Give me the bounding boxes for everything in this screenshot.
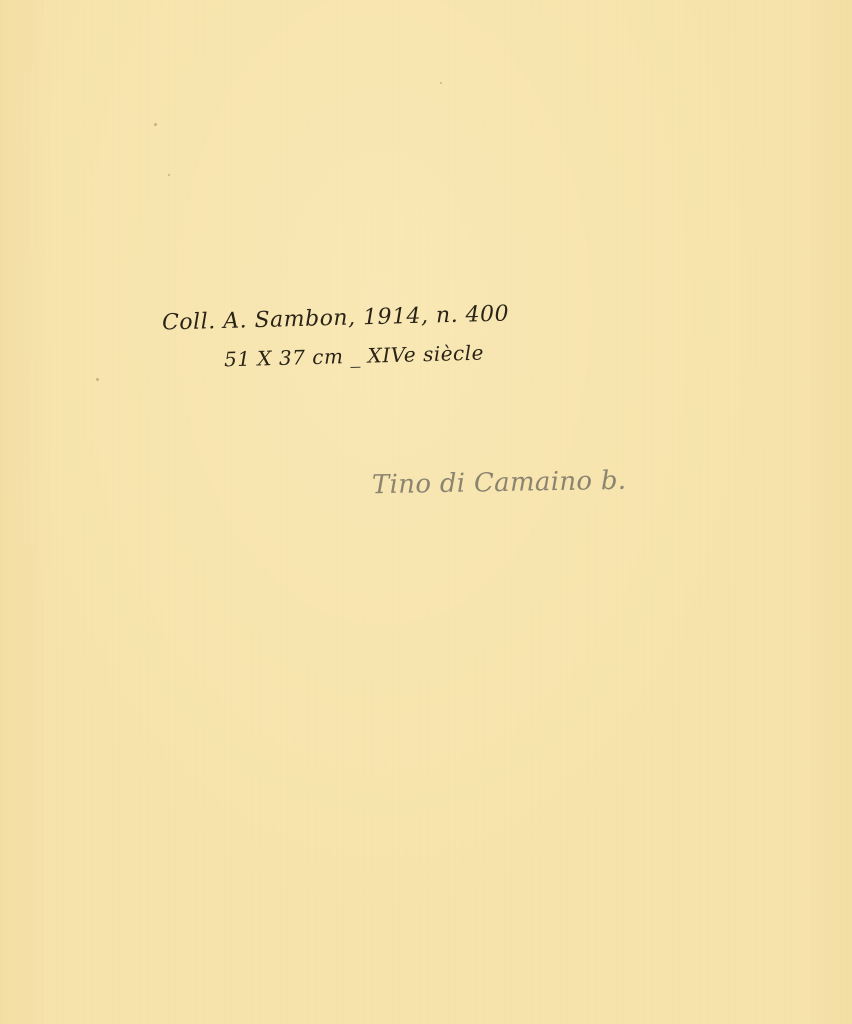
attribution-note: Tino di Camaino b. — [372, 466, 627, 500]
paper-speck — [440, 82, 442, 84]
dimensions-century-note: 51 X 37 cm _ XIVe siècle — [224, 341, 485, 372]
collection-note: Coll. A. Sambon, 1914, n. 400 — [162, 301, 510, 335]
paper-speck — [168, 174, 170, 176]
paper-speck — [154, 123, 157, 126]
paper-sheet: Coll. A. Sambon, 1914, n. 400 51 X 37 cm… — [0, 0, 852, 1024]
paper-speck — [96, 378, 99, 381]
